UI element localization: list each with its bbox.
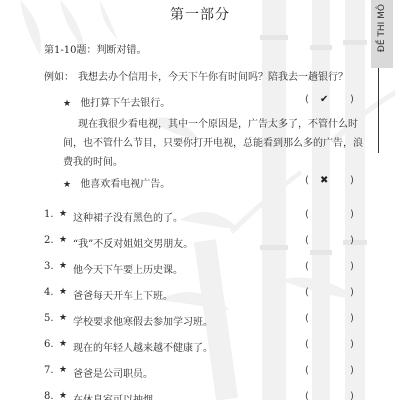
question-statement: 这种裙子没有黑色的了。	[73, 209, 183, 224]
example-1-statement: ★ 他打算下午去银行。	[63, 94, 170, 109]
paren-close: )	[350, 175, 354, 186]
paren-close: )	[350, 261, 354, 272]
paren-open: (	[305, 313, 309, 324]
side-tab: ĐỀ THI MÔ	[371, 0, 393, 68]
star-icon: ★	[59, 365, 67, 375]
question-number: 7.	[44, 365, 54, 376]
star-icon: ★	[59, 209, 67, 219]
answer-box[interactable]: ( )	[305, 287, 365, 301]
question-statement: 爸爸每天开车上下班。	[73, 287, 173, 302]
paren-open: (	[305, 235, 309, 246]
paren-open: (	[305, 287, 309, 298]
star-icon: ★	[63, 99, 71, 109]
paren-close: )	[350, 391, 354, 400]
paren-open: (	[305, 365, 309, 376]
paren-close: )	[350, 94, 354, 105]
paren-open: (	[305, 175, 309, 186]
cross-icon: ✖	[320, 175, 328, 186]
example-2-passage-line-3: 费我的时间。	[63, 153, 123, 168]
side-divider	[378, 68, 379, 153]
example-label: 例如：	[44, 68, 74, 83]
exam-page: 第一部分 ĐỀ THI MÔ 第1-10题：判断对错。 例如： 我想去办个信用卡…	[0, 0, 400, 400]
paren-close: )	[350, 339, 354, 350]
answer-box[interactable]: ( )	[305, 391, 365, 400]
question-statement: 现在的年轻人越来越不健康了。	[73, 339, 213, 354]
answer-box[interactable]: ( )	[305, 365, 365, 379]
question-number: 5.	[44, 313, 54, 324]
paren-close: )	[350, 209, 354, 220]
question-statement: 他今天下午要上历史课。	[73, 261, 183, 276]
example-2-passage-line-1: 现在我很少看电视，其中一个原因是，广告太多了，不管什么时	[78, 115, 358, 130]
question-number: 1.	[44, 209, 54, 220]
paren-close: )	[350, 313, 354, 324]
question-statement: 学校要求他寒假去参加学习班。	[73, 313, 213, 328]
answer-box[interactable]: ( )	[305, 313, 365, 327]
star-icon: ★	[59, 287, 67, 297]
answer-box[interactable]: ( )	[305, 261, 365, 275]
star-icon: ★	[59, 391, 67, 400]
star-icon: ★	[59, 261, 67, 271]
answer-box[interactable]: ( )	[305, 209, 365, 223]
example-2-statement-text: 他喜欢看电视广告。	[80, 179, 170, 190]
question-number: 4.	[44, 287, 54, 298]
example-1-answer-box: ( ✔ )	[305, 94, 365, 108]
example-2-passage-line-2: 间，也不管什么节目，只要你打开电视，总能看到那么多的广告，浪	[63, 134, 363, 149]
paren-open: (	[305, 339, 309, 350]
example-1-statement-text: 他打算下午去银行。	[80, 98, 170, 109]
star-icon: ★	[59, 339, 67, 349]
star-icon: ★	[59, 313, 67, 323]
section-instruction: 第1-10题：判断对错。	[44, 41, 146, 56]
page-title: 第一部分	[0, 4, 400, 24]
question-number: 6.	[44, 339, 54, 350]
question-statement: 爸爸是公司职员。	[73, 365, 153, 380]
example-2-answer-box: ( ✖ )	[305, 175, 365, 189]
star-icon: ★	[59, 235, 67, 245]
side-tab-label: ĐỀ THI MÔ	[371, 0, 393, 68]
paren-open: (	[305, 94, 309, 105]
example-1-passage: 我想去办个信用卡，今天下午你有时间吗？陪我去一趟银行？	[78, 68, 348, 83]
paren-open: (	[305, 391, 309, 400]
question-number: 8.	[44, 391, 54, 400]
question-statement: “我”不反对姐姐交男朋友。	[73, 235, 193, 250]
paren-open: (	[305, 261, 309, 272]
question-number: 2.	[44, 235, 54, 246]
example-2-statement: ★ 他喜欢看电视广告。	[63, 175, 170, 190]
star-icon: ★	[63, 180, 71, 190]
answer-box[interactable]: ( )	[305, 339, 365, 353]
answer-box[interactable]: ( )	[305, 235, 365, 249]
paren-close: )	[350, 365, 354, 376]
question-number: 3.	[44, 261, 54, 272]
paren-close: )	[350, 287, 354, 298]
checkmark-icon: ✔	[320, 94, 328, 105]
question-statement: 在休息室可以抽烟。	[73, 391, 163, 400]
paren-open: (	[305, 209, 309, 220]
paren-close: )	[350, 235, 354, 246]
